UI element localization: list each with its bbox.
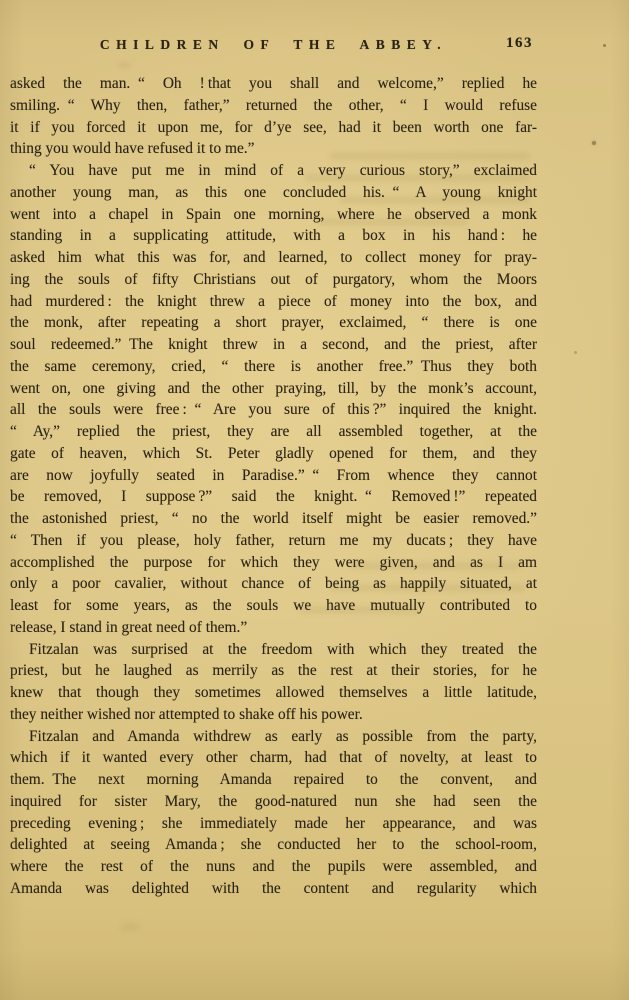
text-line: be removed, I suppose ?” said the knight… [10, 486, 537, 508]
text-line: delighted at seeing Amanda ; she conduct… [10, 834, 537, 856]
text-line: smiling. “ Why then, father,” returned t… [10, 95, 537, 117]
text-line: only a poor cavalier, without chance of … [10, 573, 537, 595]
text-line: they neither wished nor attempted to sha… [10, 704, 537, 726]
text-line: priest, but he laughed as merrily as the… [10, 660, 537, 682]
text-line: which if it wanted every other charm, ha… [10, 747, 537, 769]
text-line: the astonished priest, “ no the world it… [10, 508, 537, 530]
text-line: the monk, after repeating a short prayer… [10, 312, 537, 334]
text-line: the same ceremony, cried, “ there is ano… [10, 356, 537, 378]
text-line: where the rest of the nuns and the pupil… [10, 856, 537, 878]
text-line: knew that though they sometimes allowed … [10, 682, 537, 704]
text-line: them. The next morning Amanda repaired t… [10, 769, 537, 791]
paper-speck [574, 351, 577, 354]
paper-speck [603, 44, 606, 47]
book-page-scan: CHILDREN OF THE ABBEY. 163 asked the man… [0, 0, 629, 1000]
running-header-title: CHILDREN OF THE ABBEY. [10, 37, 537, 53]
paper-smudge [117, 62, 131, 68]
text-line: Fitzalan was surprised at the freedom wi… [10, 639, 537, 661]
text-line: standing in a supplicating attitude, wit… [10, 225, 537, 247]
text-line: Fitzalan and Amanda withdrew as early as… [10, 726, 537, 748]
text-line: went on, one giving and the other prayin… [10, 378, 537, 400]
text-line: preceding evening ; she immediately made… [10, 813, 537, 835]
text-line: are now joyfully seated in Paradise.” “ … [10, 465, 537, 487]
text-line: another young man, as this one concluded… [10, 182, 537, 204]
text-line: thing you would have refused it to me.” [10, 138, 537, 160]
paper-smudge [120, 922, 140, 932]
text-line: asked the man. “ Oh ! that you shall and… [10, 73, 537, 95]
body-text: asked the man. “ Oh ! that you shall and… [10, 73, 537, 900]
page-number: 163 [506, 35, 533, 52]
text-line: least for some years, as the souls we ha… [10, 595, 537, 617]
text-line: “ Then if you please, holy father, retur… [10, 530, 537, 552]
text-line: “ Ay,” replied the priest, they are all … [10, 421, 537, 443]
text-line: it if you forced it upon me, for d’ye se… [10, 117, 537, 139]
paper-speck [592, 141, 596, 145]
text-line: “ You have put me in mind of a very curi… [10, 160, 537, 182]
text-line: release, I stand in great need of them.” [10, 617, 537, 639]
text-line: asked him what this was for, and learned… [10, 247, 537, 269]
running-header: CHILDREN OF THE ABBEY. 163 [10, 37, 537, 57]
text-line: soul redeemed.” The knight threw in a se… [10, 334, 537, 356]
text-line: ing the souls of fifty Christians out of… [10, 269, 537, 291]
text-line: all the souls were free : “ Are you sure… [10, 399, 537, 421]
text-line: inquired for sister Mary, the good-natur… [10, 791, 537, 813]
text-line: gate of heaven, which St. Peter gladly o… [10, 443, 537, 465]
text-line: had murdered : the knight threw a piece … [10, 291, 537, 313]
text-line: went into a chapel in Spain one morning,… [10, 204, 537, 226]
text-line: Amanda was delighted with the content an… [10, 878, 537, 900]
text-line: accomplished the purpose for which they … [10, 552, 537, 574]
